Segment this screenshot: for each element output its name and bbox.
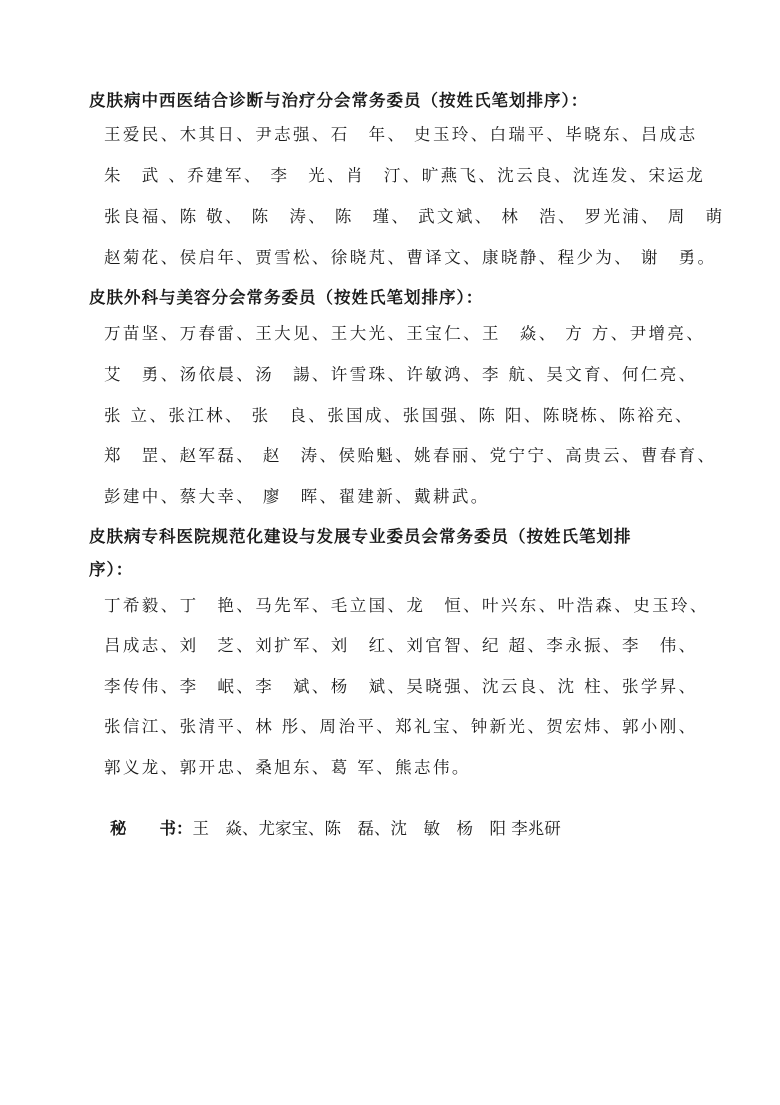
member-line: 郭义龙、郭开忠、桑旭东、葛 军、熊志伟。	[104, 758, 471, 778]
member-line: 丁希毅、丁 艳、马先军、毛立国、龙 恒、叶兴东、叶浩森、史玉玲、	[104, 596, 709, 616]
section-heading-specialty-hospital: 皮肤病专科医院规范化建设与发展专业委员会常务委员（按姓氏笔划排	[89, 527, 632, 547]
member-line: 朱 武 、乔建军、 李 光、肖 汀、旷燕飞、沈云良、沈连发、宋运龙	[104, 166, 705, 186]
member-line: 吕成志、刘 芝、刘扩军、刘 红、刘官智、纪 超、李永振、李 伟、	[104, 636, 698, 656]
section-heading-tcm-integration: 皮肤病中西医结合诊断与治疗分会常务委员（按姓氏笔划排序）：	[89, 91, 588, 111]
secretary-label: 秘 书：	[110, 819, 193, 838]
member-line: 张良福、陈 敬、 陈 涛、 陈 瑾、 武文斌、 林 浩、 罗光浦、 周 萌	[104, 207, 725, 227]
member-line: 张 立、张江林、 张 良、张国成、张国强、陈 阳、陈晓栋、陈裕充、	[104, 406, 694, 426]
member-line: 万苗坚、万春雷、王大见、王大光、王宝仁、王 焱、 方 方、尹增亮、	[104, 324, 705, 344]
member-line: 艾 勇、汤依晨、汤 諹、许雪珠、许敏鸿、李 航、吴文育、何仁亮、	[104, 365, 698, 385]
section-heading-specialty-hospital-cont: 序）：	[89, 560, 133, 580]
member-line: 李传伟、李 岷、李 斌、杨 斌、吴晓强、沈云良、沈 柱、张学昇、	[104, 677, 698, 697]
section-heading-dermatologic-surgery: 皮肤外科与美容分会常务委员（按姓氏笔划排序）：	[89, 288, 483, 308]
member-line: 郑 罡、赵军磊、 赵 涛、侯贻魁、姚春丽、党宁宁、高贵云、曹春育、	[104, 446, 716, 466]
member-line: 王爱民、木其日、尹志强、石 年、 史玉玲、白瑞平、毕晓东、吕成志	[104, 125, 698, 145]
secretary-line: 秘 书：王 焱、尤家宝、陈 磊、沈 敏 杨 阳 李兆研	[89, 799, 561, 859]
document-page: 皮肤病中西医结合诊断与治疗分会常务委员（按姓氏笔划排序）： 王爱民、木其日、尹志…	[0, 0, 780, 1105]
member-line: 张信江、张清平、林 彤、周治平、郑礼宝、钟新光、贺宏炜、郭小刚、	[104, 717, 698, 737]
member-line: 彭建中、蔡大幸、 廖 晖、翟建新、戴耕武。	[104, 487, 490, 507]
member-line: 赵菊花、侯启年、贾雪松、徐晓芃、曹译文、康晓静、程少为、 谢 勇。	[104, 248, 716, 268]
secretary-names: 王 焱、尤家宝、陈 磊、沈 敏 杨 阳 李兆研	[192, 819, 560, 838]
